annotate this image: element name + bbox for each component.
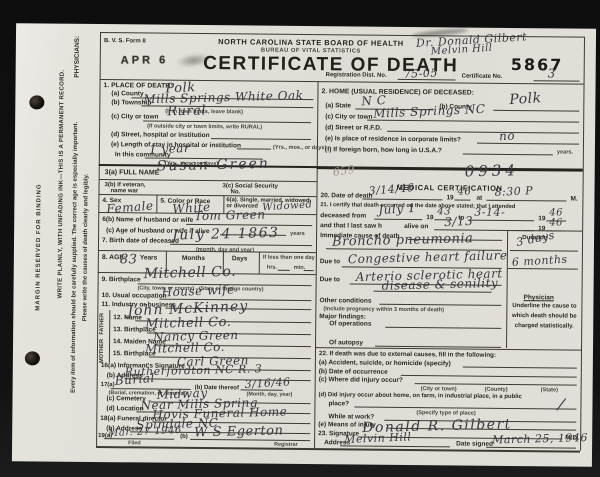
due-to-1-label: Due to — [320, 258, 340, 265]
dod-at-label: at — [476, 195, 482, 202]
last-saw-label: and that I last saw h — [320, 222, 382, 230]
vet-row-rule — [98, 194, 316, 197]
birthdate-label: 7. Birth date of deceased — [102, 237, 179, 245]
binding-margin-note: MARGIN RESERVED FOR BINDING — [35, 183, 42, 310]
attended-from-label: deceased from — [320, 212, 366, 220]
residence-street-label: (d) Street or R.F.D. — [325, 124, 382, 132]
father-side-label: FATHER — [99, 313, 105, 335]
mother-birthplace-value: Mitchell Co. — [145, 341, 225, 355]
due-to-2-label: Due to — [320, 276, 340, 283]
age-days-caption: Days — [232, 255, 248, 262]
duration2-value: 6 months — [512, 254, 568, 268]
injury-place-label: (d) Did injury occur about home, on farm… — [319, 392, 522, 401]
punch-hole-top — [29, 95, 44, 109]
age-months-caption: Months — [182, 255, 205, 262]
accident-line — [463, 367, 577, 369]
place-of-death-heading: 1. PLACE OF DEATH: — [103, 82, 172, 90]
occupation-value: House wife — [161, 283, 235, 298]
corporate-limits-line — [477, 143, 579, 145]
full-name-value: Susan Green — [157, 157, 270, 174]
birthplace-label: 9. Birthplace — [102, 276, 141, 284]
dod-line — [362, 199, 442, 201]
registrar-caption: Registrar — [274, 442, 298, 448]
scan-background: MARGIN RESERVED FOR BINDING WRITE PLAINL… — [0, 0, 600, 477]
age-hrs-caption: hrs. — [267, 265, 277, 271]
city-value: Rural — [167, 104, 206, 118]
from-year-prefix: 19 — [426, 214, 433, 221]
street-line — [211, 138, 311, 140]
injury-place-label-2: place? — [328, 400, 349, 407]
other-conditions-note: (Include pregnancy within 3 months of de… — [323, 306, 444, 313]
city-note: (If outside city or town limits, write R… — [147, 123, 262, 130]
due-to-1-value: Congestive heart failure — [348, 249, 508, 265]
residence-street-line — [387, 131, 579, 134]
received-date-stamp: APR 6 — [121, 54, 168, 66]
dod-year-line — [454, 199, 470, 200]
burial-date-value: 3/16/46 — [244, 376, 290, 390]
registrar-prefix: (b) — [180, 434, 188, 441]
write-plainly-note: WRITE PLAINLY, WITH UNFADING INK—THIS IS… — [57, 70, 65, 299]
of-operations-label: Of operations — [329, 320, 371, 328]
spouse-age-unit: years — [290, 230, 305, 236]
age-divider-3 — [259, 252, 260, 274]
registration-district-value: 75-05 — [403, 67, 438, 79]
certificate-no-value: 3 — [548, 67, 556, 79]
dod-year-prefix: 19 — [446, 194, 453, 201]
date-signed-value: March 25, 1946 — [492, 432, 588, 445]
duration1-value: 3 days — [515, 229, 555, 248]
registrar-value: W S Egerton — [194, 424, 283, 439]
to-line — [468, 220, 534, 222]
date-of-death-value: 3/14/46 — [368, 182, 415, 197]
due-to-2-value-2: disease & senility — [381, 277, 498, 292]
age-hrs-line — [278, 270, 290, 271]
registrar-line — [190, 439, 310, 441]
from-line — [374, 219, 422, 220]
signer-address-value: Melvin Hill — [344, 431, 412, 445]
alive-on-label: alive on — [404, 223, 428, 230]
dod-time-value: 8:30 P — [494, 185, 533, 198]
corporate-limits-label: (e) Is place of residence in corporate l… — [325, 135, 461, 143]
foreign-born-unit: years. — [557, 149, 573, 155]
mother-side-label: MOTHER — [99, 339, 105, 363]
age-years-value: 83 — [120, 253, 138, 266]
duration1-line — [510, 250, 578, 252]
attended-to-value: 3-14- — [474, 207, 505, 218]
injury-place-note: (Specify type of place) — [416, 410, 475, 417]
disposal-value: Burial — [114, 372, 155, 387]
injury-where-label: (c) Where did injury occur? — [319, 376, 403, 384]
residence-city-label: (c) City or town — [325, 113, 372, 121]
operations-line — [385, 327, 501, 329]
stray-pen-stroke: / — [557, 396, 566, 413]
form-right-border — [580, 37, 585, 451]
occurrence-date-label: (b) Date of occurrence — [319, 368, 388, 376]
stay-line — [237, 148, 271, 149]
occurrence-date-line — [401, 375, 577, 378]
physician-address-note: Melvin Hill — [431, 44, 493, 58]
residence-heading: 2. HOME (USUAL RESIDENCE) OF DECEASED: — [321, 88, 474, 97]
signer-address-line — [340, 445, 450, 447]
injury-state-note: (State) — [541, 387, 558, 393]
immediate-cause-value: Broncho pneumonia — [332, 232, 474, 249]
street-label: (d) Street, hospital or institution — [111, 131, 210, 139]
township-value: Mills Springs White Oak — [143, 89, 303, 105]
corporate-limits-value: no — [499, 130, 515, 143]
birthdate-value: July 24 1863 — [172, 226, 280, 243]
age-less-caption: If less than one day — [263, 255, 315, 262]
residence-city-line — [367, 120, 579, 123]
form-number: B. V. S. Form 8 — [104, 38, 146, 45]
pencil-mark: 659 — [332, 164, 356, 178]
parent-box-divider — [109, 310, 110, 362]
marital-value: Widowed — [262, 200, 313, 213]
punch-hole-bottom — [25, 351, 40, 365]
last-saw-value: 3/13 — [444, 215, 473, 228]
birthplace-value: Mitchell Co. — [144, 265, 237, 281]
to-year-prefix: 19 — [538, 215, 545, 222]
certificate-no-label: Certificate No. — [462, 74, 503, 81]
every-item-note: Every item of information should be care… — [71, 122, 80, 393]
community-value: 1 year — [149, 142, 191, 156]
stay-note: (Yrs., mos., or days) — [273, 144, 327, 151]
residence-city-value: Mills Springs NC — [373, 103, 486, 120]
dod-year-value: 46 — [457, 187, 471, 197]
injury-city-note: (City or town) — [421, 386, 457, 392]
foreign-born-line — [463, 154, 553, 156]
residence-county-line — [493, 110, 579, 112]
spouse-label: 6(b) Name of husband or wife — [102, 216, 193, 224]
sex-cell-divider — [156, 195, 157, 213]
physician-box-note: Underline the cause to which death shoul… — [510, 302, 578, 332]
foreign-born-label: (f) If foreign born, how long in U.S.A.? — [325, 146, 442, 154]
duration2-line — [508, 268, 578, 270]
dod-m-label: M. — [570, 196, 577, 203]
residence-state-label: (a) State — [325, 102, 351, 109]
physician-box-title: Physician — [523, 294, 553, 301]
please-write-note: Please write the causes of death clearly… — [82, 174, 89, 321]
full-name-label: 3(a) FULL NAME — [105, 169, 160, 177]
certno-line — [534, 80, 580, 81]
physicians-note: PHYSICIANS: — [74, 36, 81, 78]
registration-district-label: Registration Dist. No. — [326, 72, 387, 79]
certificate-paper: MARGIN RESERVED FOR BINDING WRITE PLAINL… — [12, 23, 596, 467]
occupation-label: 10. Usual occupation — [101, 292, 166, 300]
filed-date-value: Mar. 27 1946 — [108, 426, 182, 439]
spouse-value: Tom Green — [194, 208, 266, 222]
of-autopsy-label: Of autopsy — [329, 339, 363, 346]
saw-year-value: 46 — [549, 218, 563, 228]
injury-county-note: (County) — [485, 386, 508, 392]
age-min-line — [304, 270, 314, 271]
accident-label: (a) Accident, suicide, or homicide (spec… — [319, 359, 451, 367]
dod-time-line — [486, 200, 566, 202]
attended-from-value: July 1 — [378, 202, 416, 216]
age-years-caption: Years — [140, 254, 157, 261]
residence-county-value: Polk — [509, 91, 542, 107]
code-number-value: 0934 — [465, 163, 520, 179]
other-conditions-label: Other conditions — [319, 297, 371, 305]
birthdate-line — [170, 244, 312, 246]
filed-caption: Filed — [128, 441, 141, 447]
date-signed-line — [486, 447, 576, 449]
